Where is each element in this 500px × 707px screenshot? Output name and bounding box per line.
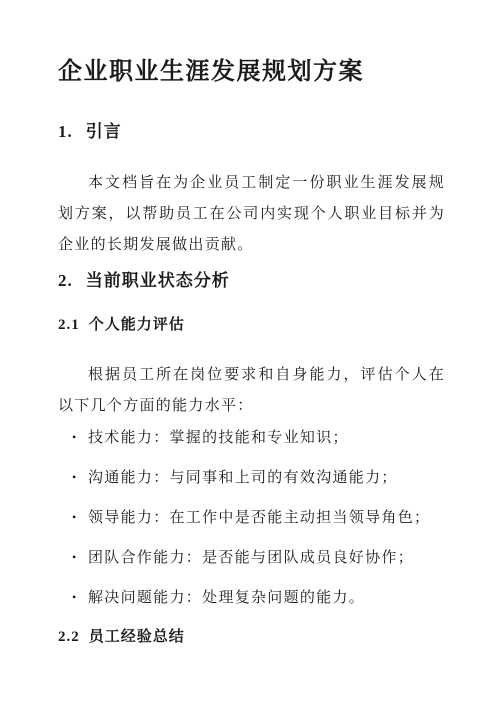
intro-paragraph: 本文档旨在为企业员工制定一份职业生涯发展规划方案，以帮助员工在公司内实现个人职业…	[58, 168, 445, 261]
heading-intro-label: 引言	[86, 122, 122, 141]
heading-analysis: 2.当前职业状态分析	[58, 272, 445, 290]
heading-experience-label: 员工经验总结	[89, 629, 185, 645]
bullet-icon: •	[72, 429, 88, 445]
list-item-text: 领导能力：在工作中是否能主动担当领导角色；	[88, 510, 430, 526]
list-item-text: 沟通能力：与同事和上司的有效沟通能力；	[88, 470, 398, 486]
list-item-text: 技术能力：掌握的技能和专业知识；	[88, 430, 349, 446]
list-item: •技术能力：掌握的技能和专业知识；	[72, 429, 445, 446]
heading-analysis-number: 2.	[58, 272, 73, 290]
heading-experience-number: 2.2	[58, 629, 80, 645]
heading-ability: 2.1个人能力评估	[58, 317, 445, 333]
list-item-text: 解决问题能力：处理复杂问题的能力。	[88, 590, 365, 606]
document-page: 企业职业生涯发展规划方案 1.引言 本文档旨在为企业员工制定一份职业生涯发展规划…	[0, 0, 500, 707]
ability-list: •技术能力：掌握的技能和专业知识； •沟通能力：与同事和上司的有效沟通能力； •…	[58, 429, 445, 606]
bullet-icon: •	[72, 509, 88, 525]
ability-paragraph: 根据员工所在岗位要求和自身能力，评估个人在以下几个方面的能力水平：	[58, 360, 445, 422]
list-item: •解决问题能力：处理复杂问题的能力。	[72, 589, 445, 606]
list-item-text: 团队合作能力：是否能与团队成员良好协作；	[88, 550, 414, 566]
bullet-icon: •	[72, 549, 88, 565]
bullet-icon: •	[72, 589, 88, 605]
heading-experience: 2.2员工经验总结	[58, 629, 445, 645]
document-title: 企业职业生涯发展规划方案	[58, 58, 445, 87]
heading-intro: 1.引言	[58, 123, 445, 141]
bullet-icon: •	[72, 469, 88, 485]
heading-ability-number: 2.1	[58, 317, 80, 333]
heading-ability-label: 个人能力评估	[89, 317, 185, 333]
list-item: •领导能力：在工作中是否能主动担当领导角色；	[72, 509, 445, 526]
heading-analysis-label: 当前职业状态分析	[86, 271, 230, 290]
heading-intro-number: 1.	[58, 123, 73, 141]
list-item: •沟通能力：与同事和上司的有效沟通能力；	[72, 469, 445, 486]
list-item: •团队合作能力：是否能与团队成员良好协作；	[72, 549, 445, 566]
